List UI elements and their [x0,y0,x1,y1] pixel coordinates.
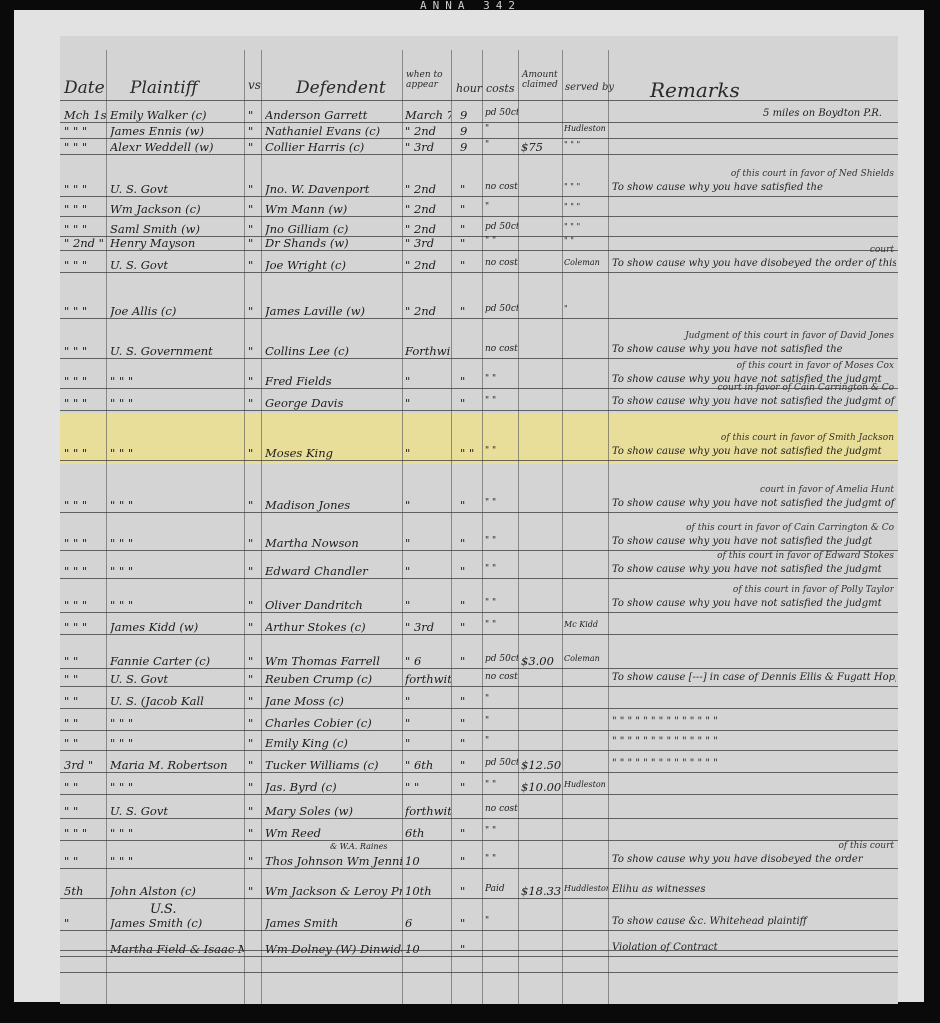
defendant-cell: Wm Jackson & Leroy Price [265,884,402,898]
vs-cell: " [248,758,260,772]
remarks-cell: To show cause &c. Whitehead plaintiff [612,916,896,927]
header-when-to-appear: when to appear [406,70,450,90]
defendant-cell: Thos Johnson Wm Jennings [265,854,402,868]
row-rule [60,512,898,513]
vs-cell: " [248,536,260,550]
date-cell: " " " [64,258,106,272]
plaintiff-cell: U. S. Govt [110,804,244,818]
hour-cell: 9 [460,124,482,138]
vs-cell: " [248,694,260,708]
vs-cell: " [248,304,260,318]
remarks-continuation: of this court [612,841,894,851]
defendant-cell: Nathaniel Evans (c) [265,124,402,138]
row-rule [60,794,898,795]
vs-cell: " [248,222,260,236]
date-cell: 5th [64,884,106,898]
defendant-cell: Charles Cobier (c) [265,716,402,730]
remarks-cell: Violation of Contract [612,942,896,953]
date-cell: " " [64,854,106,868]
row-rule [60,612,898,613]
vs-cell: " [248,124,260,138]
appear-cell: " [405,446,451,460]
defendant-cell: Martha Nowson [265,536,402,550]
appear-cell: 10 [405,942,451,956]
costs-cell: " " [485,396,518,406]
vs-cell: " [248,598,260,612]
hour-cell: " [460,654,482,668]
appear-cell: 10th [405,884,451,898]
defendant-cell: Wm Dolney (W) Dinwiddie [265,942,402,956]
document-mount: Date Plaintiff vs Defendent when to appe… [14,10,924,1002]
plaintiff-cell: Henry Mayson [110,236,244,250]
plaintiff-cell: U. S. Government [110,344,244,358]
appear-cell: " 2nd [405,182,451,196]
defendant-annotation: & W.A. Raines [330,842,387,851]
defendant-cell: Collier Harris (c) [265,140,402,154]
defendant-cell: Wm Thomas Farrell [265,654,402,668]
hour-cell: " [460,498,482,512]
plaintiff-cell: Alexr Weddell (w) [110,140,244,154]
remarks-continuation: of this court in favor of Polly Taylor [612,585,894,595]
appear-cell: Forthwith [405,344,451,358]
vs-cell: " [248,498,260,512]
plaintiff-cell: James Kidd (w) [110,620,244,634]
costs-cell: " " [485,498,518,508]
hour-cell: " [460,620,482,634]
header-plaintiff: Plaintiff [130,78,198,98]
vs-cell: " [248,884,260,898]
defendant-cell: Tucker Williams (c) [265,758,402,772]
appear-cell: forthwith [405,672,451,686]
date-cell: " " " [64,826,106,840]
vs-cell: " [248,826,260,840]
appear-cell: " [405,374,451,388]
amount-cell: $12.50 [521,758,562,772]
vs-cell: " [248,344,260,358]
appear-cell: " [405,564,451,578]
amount-cell: $75 [521,140,562,154]
vs-cell: " [248,202,260,216]
plaintiff-cell: " " " [110,854,244,868]
costs-cell: " " [485,854,518,864]
plaintiff-cell: " " " [110,736,244,750]
date-cell: 3rd " [64,758,106,772]
row-rule [60,138,898,139]
remarks-continuation: of this court in favor of Smith Jackson [612,433,894,443]
row-rule [60,460,898,461]
date-cell: " [64,916,106,930]
header-hour: hour [456,82,482,95]
costs-cell: pd 50cts [485,304,518,314]
remarks-cell: To show cause [---] in case of Dennis El… [612,672,896,683]
hour-cell: " [460,182,482,196]
plaintiff-cell: U. S. (Jacob Kall [110,694,244,708]
costs-cell: " [485,124,518,134]
row-rule [60,410,898,411]
remarks-continuation: of this court in favor of Moses Cox [612,361,894,371]
costs-cell: no costs [485,344,518,354]
date-cell: " " [64,694,106,708]
remarks-cell: To show cause why you have not satisfied… [612,536,896,547]
vs-cell: " [248,620,260,634]
hour-cell: " [460,694,482,708]
costs-cell: " [485,736,518,746]
hour-cell: " [460,758,482,772]
vs-cell: " [248,804,260,818]
appear-cell: " 2nd [405,202,451,216]
costs-cell: " " [485,236,518,246]
row-rule [60,956,898,957]
hour-cell: " " [460,446,482,460]
appear-cell: 6th [405,826,451,840]
costs-cell: " [485,694,518,704]
plaintiff-cell: James Smith (c) [110,916,244,930]
date-cell: " " " [64,536,106,550]
served-by-cell: Hudleston [564,780,608,789]
costs-cell: " " [485,446,518,456]
date-cell: " " " [64,202,106,216]
row-rule [60,154,898,155]
column-divider [451,50,452,1004]
served-by-cell: " [564,304,608,313]
plaintiff-cell: Joe Allis (c) [110,304,244,318]
plaintiff-cell: Fannie Carter (c) [110,654,244,668]
row-rule [60,358,898,359]
remarks-continuation: of this court in favor of Edward Stokes [612,551,894,561]
date-cell: " " " [64,344,106,358]
date-cell: " " " [64,564,106,578]
appear-cell: " 2nd [405,304,451,318]
appear-cell: " [405,736,451,750]
appear-cell: " 2nd [405,258,451,272]
header-amount-claimed: Amount claimed [522,70,562,90]
costs-cell: " " [485,826,518,836]
remarks-cell: To show cause why you have not satisfied… [612,498,896,509]
vs-cell: " [248,736,260,750]
plaintiff-cell: Martha Field & Isaac Mathew (c) [110,942,244,956]
appear-cell: " 3rd [405,620,451,634]
served-by-cell: Hudleston [564,124,608,133]
plaintiff-cell: " " " [110,374,244,388]
costs-cell: pd 50cts [485,758,518,768]
defendant-cell: George Davis [265,396,402,410]
hour-cell: " [460,716,482,730]
costs-cell: " [485,716,518,726]
defendant-cell: Jas. Byrd (c) [265,780,402,794]
plaintiff-cell: " " " [110,598,244,612]
hour-cell: " [460,780,482,794]
defendant-cell: Fred Fields [265,374,402,388]
served-by-cell: " " " [564,222,608,231]
vs-cell: " [248,396,260,410]
column-divider [402,50,403,1004]
defendant-cell: Dr Shands (w) [265,236,402,250]
hour-cell: " [460,884,482,898]
plaintiff-cell: " " " [110,780,244,794]
row-rule [60,122,898,123]
appear-cell: " [405,396,451,410]
costs-cell: no costs [485,258,518,268]
appear-cell: 10 [405,854,451,868]
costs-cell: no costs [485,182,518,192]
column-divider [261,50,262,1004]
row-rule [60,818,898,819]
row-rule [60,750,898,751]
defendant-cell: Jno. W. Davenport [265,182,402,196]
row-rule [60,730,898,731]
plaintiff-cell: " " " [110,716,244,730]
remarks-cell: To show cause why you have disobeyed the… [612,258,896,269]
remarks-cell: " " " " " " " " " " " " " " [612,736,896,747]
plaintiff-cell: " " " [110,564,244,578]
date-cell: " " " [64,446,106,460]
row-rule [60,772,898,773]
vs-cell: " [248,182,260,196]
appear-cell: " 6 [405,654,451,668]
appear-cell: " 6th [405,758,451,772]
hour-cell: 9 [460,108,482,122]
header-costs: costs [486,82,515,95]
amount-cell: $18.33 [521,884,562,898]
defendant-cell: James Laville (w) [265,304,402,318]
remarks-continuation: of this court in favor of Ned Shields [612,169,894,179]
amount-cell: $10.00 [521,780,562,794]
header-rule [60,100,898,101]
appear-cell: " [405,498,451,512]
remarks-continuation: court [612,245,894,255]
plaintiff-cell: U. S. Govt [110,672,244,686]
vs-cell: " [248,654,260,668]
costs-cell: " " [485,374,518,384]
column-divider [518,50,519,1004]
costs-cell: " [485,140,518,150]
vs-cell: " [248,780,260,794]
vs-cell: " [248,236,260,250]
plaintiff-cell: U. S. Govt [110,258,244,272]
date-cell: " " " [64,304,106,318]
plaintiff-cell: " " " [110,446,244,460]
date-cell: " " " [64,498,106,512]
remarks-cell: To show cause why you have disobeyed the… [612,854,896,865]
hour-cell: " [460,222,482,236]
hour-cell: " [460,854,482,868]
row-rule [60,868,898,869]
served-by-cell: Huddleston [564,884,608,893]
hour-cell: " [460,536,482,550]
hour-cell: " [460,202,482,216]
hour-cell: " [460,564,482,578]
hour-cell: " [460,236,482,250]
plaintiff-cell: John Alston (c) [110,884,244,898]
vs-cell: " [248,672,260,686]
defendant-cell: Reuben Crump (c) [265,672,402,686]
plaintiff-cell: James Ennis (w) [110,124,244,138]
remarks-cell: To show cause why you have satisfied the [612,182,896,193]
remarks-cell: To show cause why you have not satisfied… [612,396,896,407]
row-rule [60,318,898,319]
costs-cell: " " [485,598,518,608]
served-by-cell: Mc Kidd [564,620,608,629]
appear-cell: " [405,598,451,612]
served-by-cell: Coleman [564,258,608,267]
plaintiff-cell: " " " [110,498,244,512]
remarks-cell: " " " " " " " " " " " " " " [612,758,896,769]
header-served-by: served by [565,82,614,93]
blank-row-rule [60,972,898,973]
defendant-cell: Joe Wright (c) [265,258,402,272]
defendant-cell: Wm Mann (w) [265,202,402,216]
appear-cell: " " [405,780,451,794]
plaintiff-cell: Emily Walker (c) [110,108,244,122]
plaintiff-annotation: U.S. [150,902,176,917]
column-divider [482,50,483,1004]
vs-cell: " [248,564,260,578]
date-cell: " " " [64,598,106,612]
served-by-cell: Coleman [564,654,608,663]
costs-cell: pd 50cts [485,222,518,232]
hour-cell: " [460,396,482,410]
column-divider [106,50,107,1004]
row-rule [60,686,898,687]
appear-cell: March 7th [405,108,451,122]
appear-cell: " [405,694,451,708]
row-rule [60,930,898,931]
vs-cell: " [248,374,260,388]
costs-cell: Paid [485,884,518,894]
hour-cell: " [460,258,482,272]
appear-cell: " 3rd [405,140,451,154]
remarks-cell: To show cause why you have not satisfied… [612,446,896,457]
plaintiff-cell: Wm Jackson (c) [110,202,244,216]
header-date: Date [64,78,105,98]
column-divider [244,50,245,1004]
defendant-cell: Jane Moss (c) [265,694,402,708]
remarks-cell: Elihu as witnesses [612,884,896,895]
remarks-cell: To show cause why you have not satisfied… [612,598,896,609]
defendant-cell: James Smith [265,916,402,930]
remarks-cell: 5 miles on Boydton P.R. [612,108,882,119]
row-rule [60,634,898,635]
costs-cell: no costs [485,804,518,814]
costs-cell: " " [485,536,518,546]
defendant-cell: Arthur Stokes (c) [265,620,402,634]
date-cell: Mch 1st [64,108,106,122]
plaintiff-cell: U. S. Govt [110,182,244,196]
header-defendant: Defendent [296,78,386,98]
remarks-continuation: court in favor of Amelia Hunt [612,485,894,495]
plaintiff-cell: Maria M. Robertson [110,758,244,772]
remarks-continuation: Judgment of this court in favor of David… [612,331,894,341]
date-cell: " " [64,716,106,730]
row-rule [60,216,898,217]
served-by-cell: " " [564,236,608,245]
hour-cell: 9 [460,140,482,154]
remarks-continuation: of this court in favor of Cain Carringto… [612,523,894,533]
date-cell: " " " [64,374,106,388]
date-cell: " " " [64,124,106,138]
row-rule [60,196,898,197]
vs-cell: " [248,108,260,122]
vs-cell: " [248,140,260,154]
costs-cell: " [485,202,518,212]
header-vs: vs [248,78,261,92]
appear-cell: 6 [405,916,451,930]
hour-cell: " [460,598,482,612]
defendant-cell: Mary Soles (w) [265,804,402,818]
defendant-cell: Edward Chandler [265,564,402,578]
vs-cell: " [248,716,260,730]
appear-cell: " [405,716,451,730]
defendant-cell: Oliver Dandritch [265,598,402,612]
defendant-cell: Wm Reed [265,826,402,840]
appear-cell: " 2nd [405,124,451,138]
blank-row-rule [60,950,898,951]
vs-cell: " [248,258,260,272]
row-rule [60,578,898,579]
costs-cell: no costs [485,672,518,682]
defendant-cell: Emily King (c) [265,736,402,750]
costs-cell: " " [485,620,518,630]
column-divider [608,50,609,1004]
served-by-cell: " " " [564,182,608,191]
costs-cell: pd 50cts [485,108,518,118]
plaintiff-cell: Saml Smith (w) [110,222,244,236]
header-remarks: Remarks [650,78,740,102]
date-cell: " " [64,804,106,818]
hour-cell: " [460,942,482,956]
defendant-cell: Collins Lee (c) [265,344,402,358]
hour-cell: " [460,374,482,388]
date-cell: " " [64,736,106,750]
plaintiff-cell: " " " [110,536,244,550]
appear-cell: " [405,536,451,550]
date-cell: " " " [64,182,106,196]
row-rule [60,708,898,709]
hour-cell: " [460,736,482,750]
defendant-cell: Madison Jones [265,498,402,512]
date-cell: " " " [64,396,106,410]
served-by-cell: " " " [564,202,608,211]
defendant-cell: Anderson Garrett [265,108,402,122]
amount-cell: $3.00 [521,654,562,668]
appear-cell: " 2nd [405,222,451,236]
defendant-cell: Moses King [265,446,402,460]
costs-cell: " " [485,564,518,574]
remarks-continuation: court in favor of Cain Carrington & Co [612,383,894,393]
date-cell: " " [64,672,106,686]
vs-cell: " [248,854,260,868]
costs-cell: " [485,916,518,926]
costs-cell: " " [485,780,518,790]
row-rule [60,898,898,899]
served-by-cell: " " " [564,140,608,149]
vs-cell: " [248,446,260,460]
date-cell: " 2nd " [64,236,106,250]
appear-cell: forthwith [405,804,451,818]
remarks-cell: To show cause why you have not satisfied… [612,564,896,575]
plaintiff-cell: " " " [110,826,244,840]
date-cell: " " " [64,222,106,236]
remarks-cell: To show cause why you have not satisfied… [612,344,896,355]
date-cell: " " " [64,620,106,634]
ledger-page: Date Plaintiff vs Defendent when to appe… [60,36,898,1004]
remarks-cell: " " " " " " " " " " " " " " [612,716,896,727]
hour-cell: " [460,304,482,318]
defendant-cell: Jno Gilliam (c) [265,222,402,236]
date-cell: " " " [64,140,106,154]
row-rule [60,272,898,273]
hour-cell: " [460,916,482,930]
